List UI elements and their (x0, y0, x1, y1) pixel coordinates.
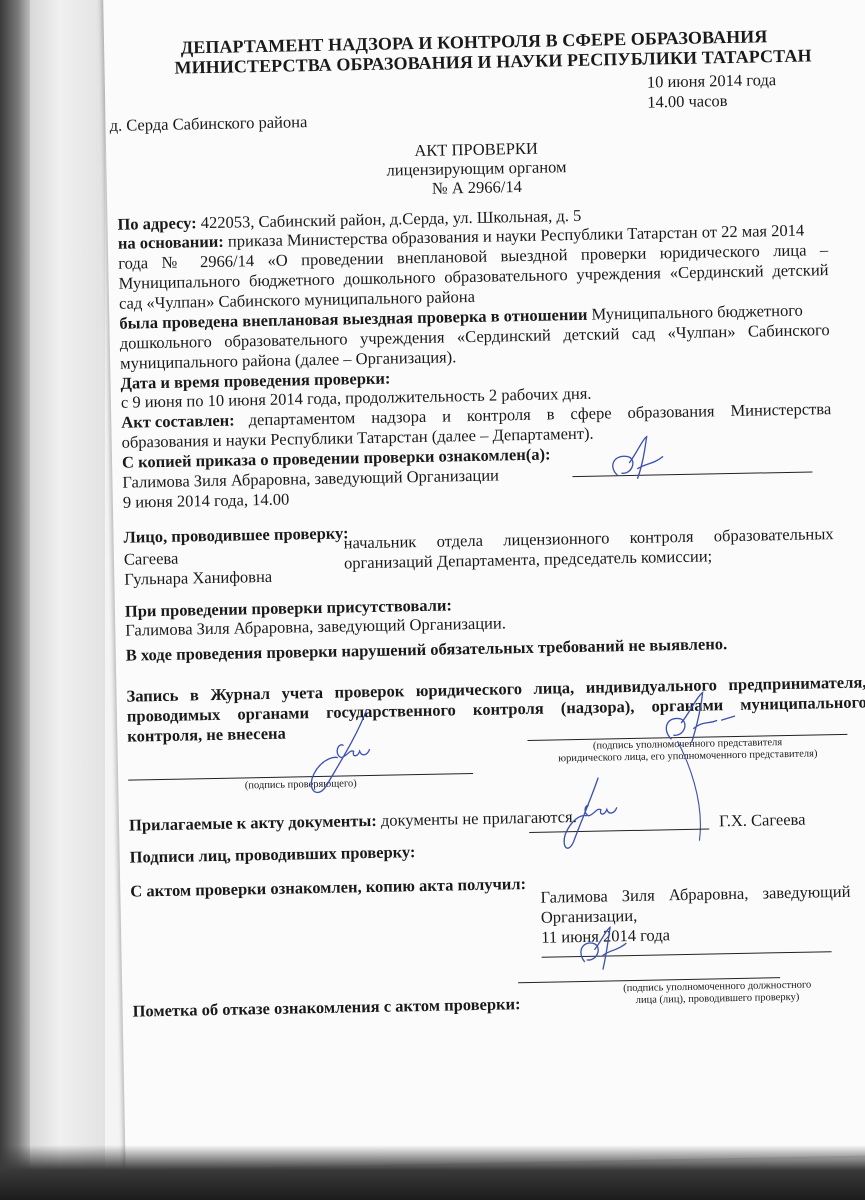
attachments-label: Прилагаемые к акту документы: (129, 811, 377, 835)
signatures-label: Подписи лиц, проводивших проверку: (129, 842, 415, 866)
header-place: д. Серда Сабинского района (109, 112, 307, 135)
attachments-value: документы не прилагаются. (381, 807, 577, 830)
acquainted-label: С актом проверки ознакомлен, копию акта … (130, 874, 526, 901)
journal-line-3: контроля, не внесена (127, 724, 286, 746)
order-copy-date: 9 июня 2014 года, 14.00 (123, 490, 290, 512)
document-page: ДЕПАРТАМЕНТ НАДЗОРА И КОНТРОЛЯ В СФЕРЕ О… (103, 0, 865, 1170)
signature-sageeva-1 (297, 705, 389, 802)
compiled-label: Акт составлен: (121, 411, 235, 432)
inspector-surname: Сагеева (124, 549, 179, 569)
refusal-label: Пометка об отказе ознакомления с актом п… (132, 994, 520, 1020)
header-date: 10 июня 2014 года (647, 70, 777, 91)
signature-sageeva-2 (558, 775, 640, 862)
acquainted-line-2: Организации, (541, 906, 638, 927)
inspection-result: В ходе проведения проверки нарушений обя… (126, 634, 728, 665)
address-label: По адресу: (117, 213, 196, 234)
signature-galimova-2 (657, 690, 748, 757)
page-fold-edge (30, 0, 105, 1200)
attachments-row: Прилагаемые к акту документы: документы … (129, 807, 577, 835)
signature-galimova-1 (607, 434, 678, 490)
basis-label: на основании: (118, 232, 224, 253)
scan-bottom-shadow (0, 1145, 865, 1200)
signature-galimova-3 (576, 925, 637, 981)
inspector-label: Лицо, проводившее проверку: (123, 523, 348, 546)
acquainted-line-1: Галимова Зиля Абраровна, заведующий (540, 882, 850, 907)
signatures-name: Г.Х. Сагеева (719, 810, 806, 831)
header-time: 14.00 часов (647, 91, 728, 112)
inspector-name: Гульнара Ханифовна (124, 567, 272, 589)
